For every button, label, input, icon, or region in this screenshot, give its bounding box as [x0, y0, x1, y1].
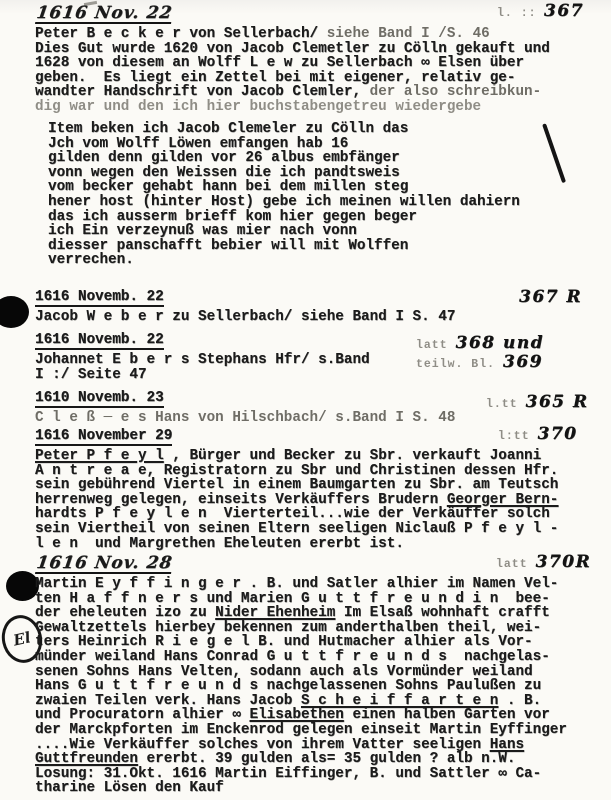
document-page: El 1616 Nov. 22Peter B e c k e r von Sel…	[0, 0, 611, 800]
text-segment: Peter B e c k e r von Sellerbach/	[35, 26, 327, 42]
quote-text-line: diesser panschafft bebier will mit Wolff…	[48, 239, 520, 254]
text-line: sein gebührend Viertel in einem Baumgart…	[35, 478, 558, 493]
text-segment: Jacob W e b e r zu Sellerbach/ siehe Ban…	[35, 309, 455, 325]
text-segment: ....Wie Verkäuffer solches von ihrem Vat…	[35, 737, 490, 753]
text-segment: S c h e i f f a r t e n	[301, 693, 498, 709]
text-line: ters Heinrich R i e g e l B. und Hutmach…	[35, 635, 567, 650]
text-segment: herrenweg gelegen, einseits Verkäuffers …	[35, 492, 447, 508]
text-segment: Peter P f e y l	[35, 448, 164, 464]
text-segment: Dies Gut wurde 1620 von Jacob Clemetler …	[35, 41, 550, 57]
text-segment: zwaien Teilen verk. Hans Jacob	[35, 693, 301, 709]
text-segment: Gewaltzettels hierbey bekennen zum ander…	[35, 620, 541, 636]
page-reference: latt 368 undteilw. Bl. 369	[416, 335, 544, 373]
text-segment: ererbt. 39 gulden als= 35 gulden ? alb n…	[138, 751, 516, 767]
text-segment: Elisabethen	[250, 707, 344, 723]
register-entry-jacob-weber: 1616 Novemb. 22Jacob W e b e r zu Seller…	[35, 287, 455, 325]
page-reference-row: l:tt 370	[498, 426, 578, 445]
entry-date: 1616 November 29	[35, 428, 172, 446]
text-line: zwaien Teilen verk. Hans Jacob S c h e i…	[35, 694, 567, 709]
text-line: wandter Handschrift von Jacob Clemler, d…	[35, 85, 550, 100]
quote-text-line: hener host (hinter Host) gebe ich meinen…	[48, 195, 520, 210]
text-segment: l e n und Margrethen Eheleuten ererbt is…	[35, 536, 404, 552]
quote-text-line: ich Ein verzeynuß was mier nach vonn	[48, 224, 520, 239]
text-line: der eheleuten izo zu Nider Ehenheim Im E…	[35, 606, 567, 621]
text-segment: der also schreibkun-	[370, 84, 542, 100]
text-segment: l:tt	[498, 430, 538, 443]
text-segment: der eheleuten izo zu	[35, 605, 215, 621]
text-segment: 368 und	[456, 333, 545, 353]
text-line: geben. Es liegt ein Zettel bei mit eigen…	[35, 71, 550, 86]
text-segment: . B.	[498, 693, 541, 709]
text-segment: Guttfreunden	[35, 751, 138, 767]
text-line: münder weiland Hans Conrad G u t t f r e…	[35, 650, 567, 665]
register-entry-peter-pfeyl: 1616 November 29Peter P f e y l , Bürger…	[35, 426, 558, 551]
text-segment: latt	[416, 339, 456, 352]
text-segment: ters Heinrich R i e g e l B. und Hutmach…	[35, 634, 533, 650]
page-reference: 367 R	[519, 289, 582, 306]
text-line: Martin E y f f i n g e r . B. und Satler…	[35, 577, 567, 592]
text-segment: A n t r e a e, Registratorn zu Sbr und C…	[35, 463, 558, 479]
entry-date: 1616 Nov. 28	[35, 554, 174, 574]
quote-text-line: Jch vom Wolff Löwen emfangen hab 16	[48, 137, 520, 152]
page-reference-row: l. :: 367	[497, 3, 584, 22]
text-segment: der Marckpforten im Enckenrod gelegen ei…	[35, 722, 567, 738]
entry-date: 1616 Novemb. 22	[35, 289, 164, 307]
quote-text-line: vom becker gehabt hann bei dem millen st…	[48, 180, 520, 195]
text-segment: Hans G u t t f r e u n d s nachgelassene…	[35, 678, 541, 694]
text-segment: hardts P f e y l e n Vierterteil...wie d…	[35, 506, 550, 522]
text-line: A n t r e a e, Registratorn zu Sbr und C…	[35, 464, 558, 479]
text-segment: latt	[496, 558, 536, 571]
register-entry-clesses-hans: 1610 Novemb. 23C l e ß ─ e s Hans von Hi…	[35, 388, 455, 426]
text-segment: siehe Band I /S. 46	[327, 26, 490, 42]
text-segment: geben. Es liegt ein Zettel bei mit eigen…	[35, 70, 515, 86]
text-segment: einen halben Garten vor	[344, 707, 550, 723]
register-entry-martin-eyffinger: 1616 Nov. 28Martin E y f f i n g e r . B…	[35, 554, 567, 796]
text-segment: Im Elsaß wohnhaft crafft	[335, 605, 550, 621]
pen-stroke-mark	[542, 123, 565, 183]
text-segment: 367 R	[519, 287, 582, 307]
text-line: hardts P f e y l e n Vierterteil...wie d…	[35, 507, 558, 522]
text-line: Gewaltzettels hierbey bekennen zum ander…	[35, 621, 567, 636]
text-segment: 367	[537, 1, 584, 21]
text-segment: , Bürger und Becker zu Sbr. verkauft Joa…	[164, 448, 542, 464]
text-line: herrenweg gelegen, einseits Verkäuffers …	[35, 493, 558, 508]
entry-date: 1616 Novemb. 22	[35, 332, 164, 350]
text-line: tharine Lösen den Kauf	[35, 781, 567, 796]
text-line: ....Wie Verkäuffer solches von ihrem Vat…	[35, 738, 567, 753]
text-segment: sein gebührend Viertel in einem Baumgart…	[35, 477, 558, 493]
hole-punch-mark-top	[0, 296, 29, 328]
quote-text-line: verrechen.	[48, 253, 520, 268]
text-segment: Johannet E b e r s Stephans Hfr/ s.Band	[35, 352, 370, 368]
text-line: Losung: 31.Okt. 1616 Martin Eiffinger, B…	[35, 767, 567, 782]
text-segment: Losung: 31.Okt. 1616 Martin Eiffinger, B…	[35, 766, 541, 782]
text-line: ten H a f f n e r s und Marien G u t t f…	[35, 592, 567, 607]
text-segment: ten H a f f n e r s und Marien G u t t f…	[35, 591, 550, 607]
text-segment: und Procuratorn alhier ∞	[35, 707, 250, 723]
page-reference: l.tt 365 R	[486, 394, 589, 413]
text-line: Peter P f e y l , Bürger und Becker zu S…	[35, 449, 558, 464]
text-line: C l e ß ─ e s Hans von Hilschbach/ s.Ban…	[35, 411, 455, 426]
text-segment: C l e ß ─ e s Hans von Hilschbach/ s.Ban…	[35, 410, 455, 426]
text-line: Jacob W e b e r zu Sellerbach/ siehe Ban…	[35, 310, 455, 325]
text-line: l e n und Margrethen Eheleuten ererbt is…	[35, 537, 558, 552]
quote-text-line: gilden denn gilden vor 26 albus embfänge…	[48, 151, 520, 166]
text-segment: tharine Lösen den Kauf	[35, 780, 224, 796]
quote-text-line: das ich ausserm brieff kom hier gegen be…	[48, 210, 520, 225]
text-line: sein Viertheil von seinen Eltern seelige…	[35, 522, 558, 537]
text-line: Guttfreunden ererbt. 39 gulden als= 35 g…	[35, 752, 567, 767]
text-segment: l.tt	[486, 398, 526, 411]
page-reference: l. :: 367	[497, 3, 584, 22]
margin-annotation-label: El	[12, 628, 33, 649]
text-line: der Marckpforten im Enckenrod gelegen ei…	[35, 723, 567, 738]
text-line: Johannet E b e r s Stephans Hfr/ s.Band	[35, 353, 370, 368]
quoted-handwritten-note-block: Item beken ich Jacob Clemeler zu Cölln d…	[48, 122, 520, 268]
text-segment: dig war und den ich hier buchstabengetre…	[35, 99, 481, 115]
register-entry-peter-becker: 1616 Nov. 22Peter B e c k e r von Seller…	[35, 4, 550, 115]
text-segment: 370	[538, 424, 578, 444]
entry-date: 1610 Novemb. 23	[35, 390, 164, 408]
page-reference: l:tt 370	[498, 426, 578, 445]
text-line: Hans G u t t f r e u n d s nachgelassene…	[35, 679, 567, 694]
page-reference-row: latt 370R	[496, 554, 591, 573]
text-line: I :/ Seite 47	[35, 368, 370, 383]
text-segment: Martin E y f f i n g e r . B. und Satler…	[35, 576, 558, 592]
text-line: senen Sohns Hans Velten, sodann auch als…	[35, 665, 567, 680]
text-segment: l. ::	[497, 7, 537, 20]
text-line: 1628 von diesem an Wolff L e w zu Seller…	[35, 56, 550, 71]
quote-text-line: Item beken ich Jacob Clemeler zu Cölln d…	[48, 122, 520, 137]
register-entry-johannet-ebers: 1616 Novemb. 22Johannet E b e r s Stepha…	[35, 330, 370, 382]
text-segment: Georger Bern-	[447, 492, 559, 508]
page-reference-row: teilw. Bl. 369	[416, 354, 544, 373]
page-reference: latt 370R	[496, 554, 591, 573]
text-segment: teilw. Bl.	[416, 358, 503, 371]
quote-text-line: vonn wegen den Weissen die ich pandtswei…	[48, 166, 520, 181]
text-line: dig war und den ich hier buchstabengetre…	[35, 100, 550, 115]
text-line: Peter B e c k e r von Sellerbach/ siehe …	[35, 27, 550, 42]
text-segment: I :/ Seite 47	[35, 367, 147, 383]
text-line: und Procuratorn alhier ∞ Elisabethen ein…	[35, 708, 567, 723]
text-segment: senen Sohns Hans Velten, sodann auch als…	[35, 664, 533, 680]
text-segment: 1628 von diesem an Wolff L e w zu Seller…	[35, 55, 524, 71]
text-segment: wandter Handschrift von Jacob Clemler,	[35, 84, 370, 100]
text-segment: münder weiland Hans Conrad G u t t f r e…	[35, 649, 550, 665]
text-segment: 370R	[536, 552, 592, 572]
text-segment: sein Viertheil von seinen Eltern seelige…	[35, 521, 558, 537]
text-segment: Nider Ehenheim	[215, 605, 335, 621]
page-reference-row: l.tt 365 R	[486, 394, 589, 413]
text-segment: 365 R	[526, 392, 589, 412]
text-line: Dies Gut wurde 1620 von Jacob Clemetler …	[35, 42, 550, 57]
text-segment: 369	[503, 352, 543, 372]
page-reference-row: 367 R	[519, 289, 582, 306]
text-segment: Hans	[490, 737, 524, 753]
entry-date: 1616 Nov. 22	[35, 4, 174, 24]
